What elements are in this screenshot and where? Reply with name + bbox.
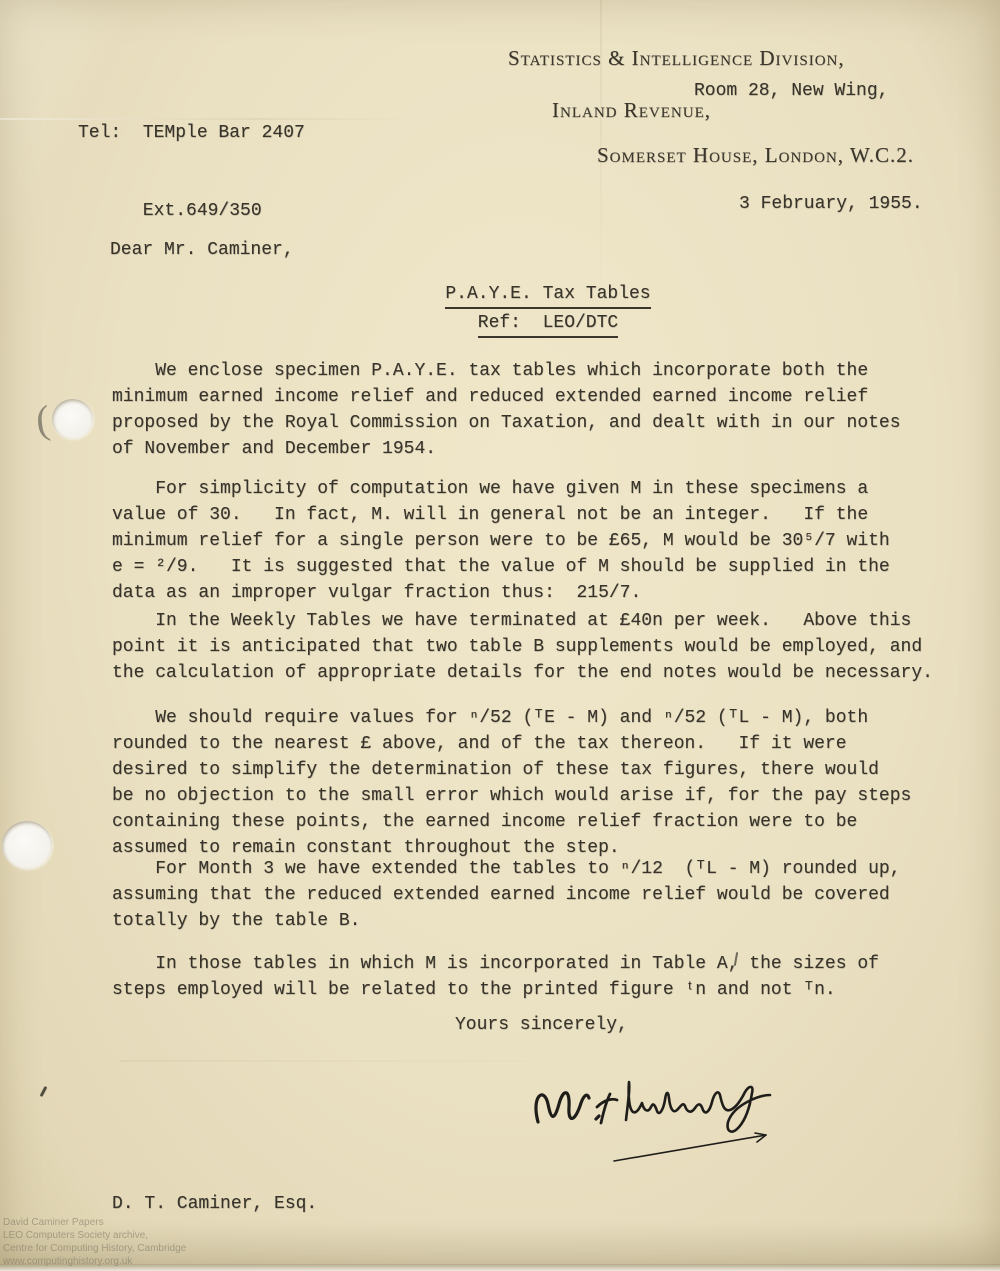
pen-bracket-mark: ( xyxy=(34,395,52,443)
text-line: LEO Computers Society archive, xyxy=(3,1229,186,1242)
letterhead-room: Room 28, New Wing, xyxy=(694,78,888,104)
subject-title: P.A.Y.E. Tax Tables xyxy=(445,281,650,309)
text-line: proposed by the Royal Commission on Taxa… xyxy=(112,410,901,436)
paragraph-3: In the Weekly Tables we have terminated … xyxy=(112,608,933,686)
punch-hole xyxy=(52,399,93,439)
letter-date: 3 February, 1955. xyxy=(739,191,923,217)
text-line: of November and December 1954. xyxy=(112,436,901,462)
text-line: In those tables in which M is incorporat… xyxy=(112,951,879,977)
paragraph-6: In those tables in which M is incorporat… xyxy=(112,951,879,1003)
letter-page: ( Tel: TEMple Bar 2407 Ext.649/350 Stati… xyxy=(0,0,1000,1271)
text-line: assuming that the reduced extended earne… xyxy=(112,882,901,908)
text-line: steps employed will be related to the pr… xyxy=(112,977,879,1003)
letterhead-department: Inland Revenue, xyxy=(552,98,711,123)
subject-ref: Ref: LEO/DTC xyxy=(478,310,618,338)
text-line: For Month 3 we have extended the tables … xyxy=(112,856,901,882)
subject-block: P.A.Y.E. Tax Tables Ref: LEO/DTC xyxy=(428,281,668,338)
text-line: data as an improper vulgar fraction thus… xyxy=(112,580,890,606)
tel-line: Tel: TEMple Bar 2407 xyxy=(78,120,305,146)
paragraph-5: For Month 3 we have extended the tables … xyxy=(112,856,901,934)
text-line: minimum relief for a single person were … xyxy=(112,528,890,554)
letterhead-division: Statistics & Intelligence Division, xyxy=(508,46,845,71)
text-line: e = ²/9. It is suggested that the value … xyxy=(112,554,890,580)
text-line: www.computinghistory.org.uk xyxy=(3,1255,186,1268)
text-line: totally by the table B. xyxy=(112,908,901,934)
paragraph-4: We should require values for ⁿ/52 (ᵀE - … xyxy=(112,705,911,861)
ink-speck xyxy=(40,1086,48,1097)
text-line: Centre for Computing History, Cambridge xyxy=(3,1242,186,1255)
paragraph-2: For simplicity of computation we have gi… xyxy=(112,476,890,606)
text-line: the calculation of appropriate details f… xyxy=(112,660,933,686)
text-line: David Caminer Papers xyxy=(3,1216,186,1229)
recipient: D. T. Caminer, Esq. xyxy=(112,1191,317,1217)
text-line: point it is anticipated that two table B… xyxy=(112,634,933,660)
punch-hole xyxy=(2,821,52,869)
text-line: minimum earned income relief and reduced… xyxy=(112,384,901,410)
closing: Yours sincerely, xyxy=(455,1012,628,1038)
paragraph-1: We enclose specimen P.A.Y.E. tax tables … xyxy=(112,358,901,462)
text-line: value of 30. In fact, M. will in general… xyxy=(112,502,890,528)
salutation: Dear Mr. Caminer, xyxy=(110,237,294,263)
letterhead-address: Somerset House, London, W.C.2. xyxy=(597,143,914,168)
text-line: be no objection to the small error which… xyxy=(112,783,911,809)
text-line: containing these points, the earned inco… xyxy=(112,809,911,835)
archive-watermark: David Caminer PapersLEO Computers Societ… xyxy=(3,1216,186,1268)
text-line: For simplicity of computation we have gi… xyxy=(112,476,890,502)
signature-handwritten xyxy=(518,1062,818,1177)
text-line: rounded to the nearest £ above, and of t… xyxy=(112,731,911,757)
text-line: We enclose specimen P.A.Y.E. tax tables … xyxy=(112,358,901,384)
text-line: In the Weekly Tables we have terminated … xyxy=(112,608,933,634)
text-line: We should require values for ⁿ/52 (ᵀE - … xyxy=(112,705,911,731)
tel-ext-line: Ext.649/350 xyxy=(78,198,305,224)
text-line: desired to simplify the determination of… xyxy=(112,757,911,783)
